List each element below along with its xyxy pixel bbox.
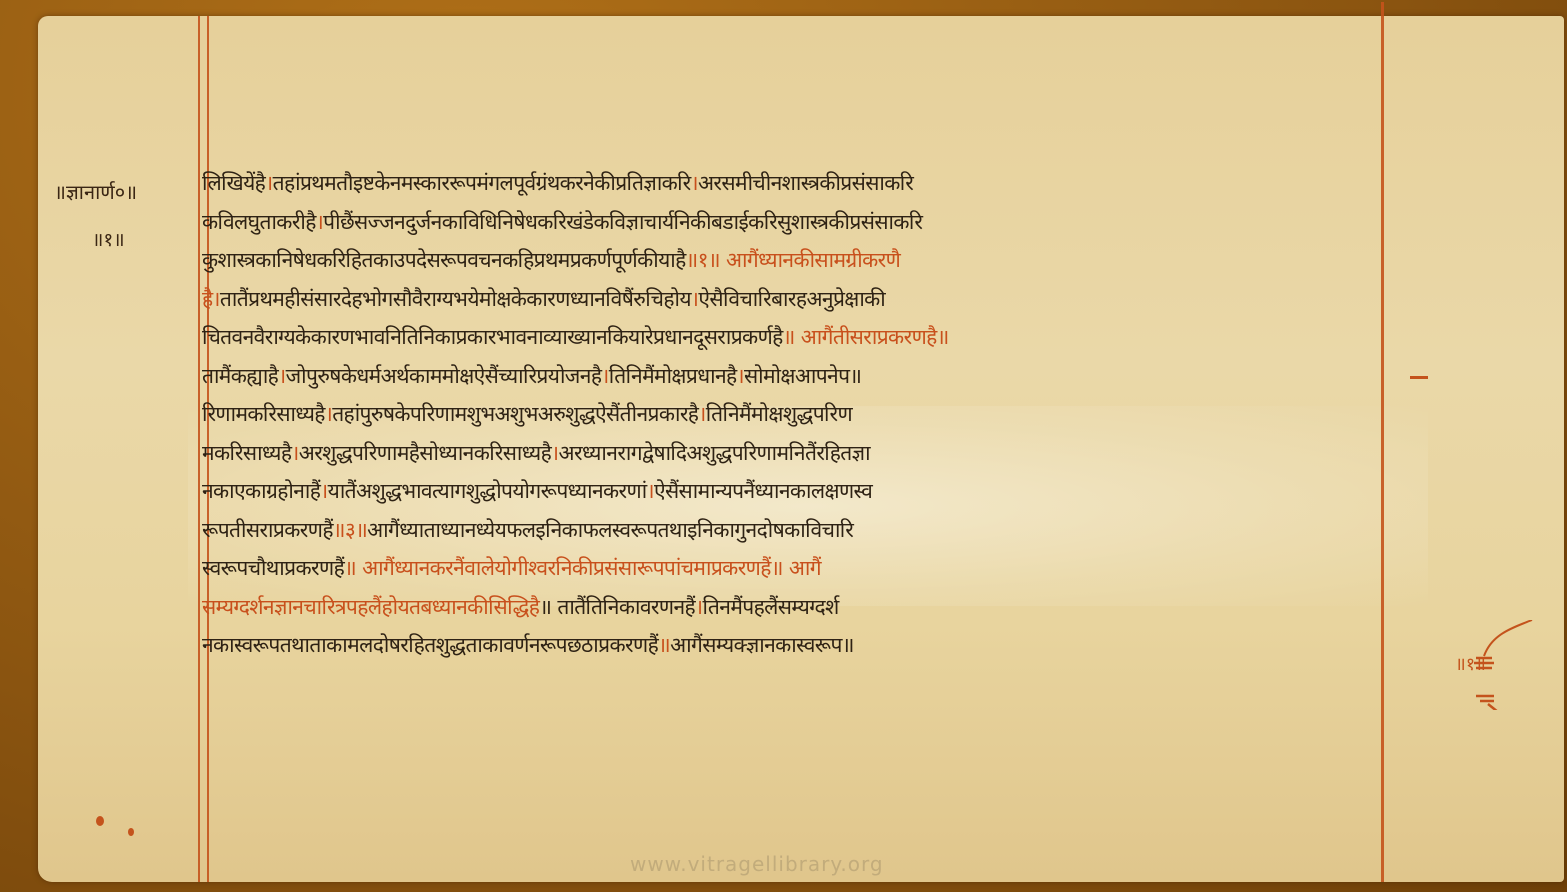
rubric-text: ।	[737, 364, 744, 388]
body-text: स्वरूपचौथाप्रकरणहैं	[202, 556, 344, 580]
manuscript-line: रिणामकरिसाध्यहै।तहांपुरुषकेपरिणामशुभअशुभ…	[202, 395, 1388, 434]
body-text: अरशुद्धपरिणामहैसोध्यानकरिसाध्यहै	[299, 441, 551, 465]
body-text: नकाएकाग्रहोनाहैं	[202, 479, 320, 503]
body-text: नकास्वरूपतथाताकामलदोषरहितशुद्धताकावर्णनर…	[202, 633, 658, 657]
rubric-text: सम्यग्दर्शनज्ञानचारित्रपहलैंहोयतबध्यानकी…	[202, 595, 539, 619]
body-text: यातैंअशुद्धभावत्यागशुद्धोपयोगरूपध्यानकरण…	[328, 479, 647, 503]
manuscript-line: है।तातैंप्रथमहीसंसारदेहभोगसौवैराग्यभयेमो…	[202, 280, 1388, 319]
body-text: तातैंप्रथमहीसंसारदेहभोगसौवैराग्यभयेमोक्ष…	[220, 287, 691, 311]
body-text: कविलघुताकरीहै	[202, 210, 316, 234]
body-text: सोमोक्षआपनेप॥	[744, 364, 861, 388]
rubric-text: ।	[647, 479, 654, 503]
body-text: मकरिसाध्यहै	[202, 441, 291, 465]
manuscript-line: नकाएकाग्रहोनाहैं।यातैंअशुद्धभावत्यागशुद्…	[202, 472, 1388, 511]
manuscript-line: सम्यग्दर्शनज्ञानचारित्रपहलैंहोयतबध्यानकी…	[202, 588, 1388, 627]
body-text: लिखियेंहै	[202, 171, 265, 195]
manuscript-line: स्वरूपचौथाप्रकरणहैं॥ आगैंध्यानकरनैंवालेय…	[202, 549, 1388, 588]
manuscript-line: लिखियेंहै।तहांप्रथमतौइष्टकेनमस्काररूपमंग…	[202, 164, 1388, 203]
margin-page-number: ॥१॥	[92, 226, 125, 252]
body-text: आगैंसम्यक्ज्ञानकास्वरूप॥	[670, 633, 854, 657]
text-block: लिखियेंहै।तहांप्रथमतौइष्टकेनमस्काररूपमंग…	[202, 164, 1388, 665]
body-text: पीछैंसज्जनदुर्जनकाविधिनिषेधकरिखंडेकविज्ञ…	[323, 210, 922, 234]
body-text: तिनिमैंमोक्षशुद्धपरिण	[706, 402, 852, 426]
manuscript-line: रूपतीसराप्रकरणहैं॥३॥आगैंध्याताध्यानध्येय…	[202, 511, 1388, 550]
rubric-text: ।	[320, 479, 327, 503]
body-text: चितवनवैराग्यकेकारणभावनितिनिकाप्रकारभावना…	[202, 325, 783, 349]
left-rule-outer	[198, 16, 200, 882]
margin-title-text: ॥ज्ञानार्ण०॥	[54, 180, 137, 204]
rubric-text: ।	[265, 171, 272, 195]
rubric-text: ।	[691, 171, 698, 195]
manuscript-line: कविलघुताकरीहै।पीछैंसज्जनदुर्जनकाविधिनिषे…	[202, 203, 1388, 242]
rubric-text: ॥ आगैंतीसराप्रकरणहै॥	[783, 325, 949, 349]
body-text: अरसमीचीनशास्त्रकीप्रसंसाकरि	[698, 171, 913, 195]
body-text: रिणामकरिसाध्यहै	[202, 402, 325, 426]
rubric-text: है।	[202, 287, 220, 311]
body-text: जोपुरुषकेधर्मअर्थकाममोक्षऐसैंच्यारिप्रयो…	[286, 364, 602, 388]
body-text: तहांप्रथमतौइष्टकेनमस्काररूपमंगलपूर्वग्रं…	[273, 171, 691, 195]
rubric-text: ।	[698, 402, 705, 426]
manuscript-line: नकास्वरूपतथाताकामलदोषरहितशुद्धताकावर्णनर…	[202, 626, 1388, 665]
rubric-text: ।	[278, 364, 285, 388]
right-margin-page-number: ॥१॥	[1455, 652, 1486, 676]
ink-spot	[128, 828, 134, 836]
rubric-text: ॥	[658, 633, 670, 657]
body-text: रूपतीसराप्रकरणहैं	[202, 518, 333, 542]
body-text: ॥ तातैंतिनिकावरणनहैं	[539, 595, 695, 619]
body-text: अरध्यानरागद्वेषादिअशुद्धपरिणामनितैंरहितज…	[559, 441, 870, 465]
rubric-text: ।	[601, 364, 608, 388]
margin-page-number-text: ॥१॥	[92, 229, 125, 251]
body-text: कुशास्त्रकानिषेधकरिहितकाउपदेसरूपवचनकहिप्…	[202, 248, 686, 272]
manuscript-line: कुशास्त्रकानिषेधकरिहितकाउपदेसरूपवचनकहिप्…	[202, 241, 1388, 280]
rubric-text: ॥३॥	[333, 518, 367, 542]
body-text: तिनमैंपहलैंसम्यग्दर्श	[702, 595, 838, 619]
body-text: तहांपुरुषकेपरिणामशुभअशुभअरुशुद्धऐसैंतीनप…	[332, 402, 698, 426]
body-text: आगैंध्याताध्यानध्येयफलइनिकाफलस्वरूपतथाइन…	[367, 518, 853, 542]
rubric-text: ॥ आगैंध्यानकरनैंवालेयोगीश्वरनिकीप्रसंसार…	[344, 556, 821, 580]
rubric-text: ।	[551, 441, 558, 465]
manuscript-line: मकरिसाध्यहै।अरशुद्धपरिणामहैसोध्यानकरिसाध…	[202, 434, 1388, 473]
margin-title-label: ॥ज्ञानार्ण०॥	[54, 178, 137, 205]
ink-spot	[96, 816, 104, 826]
rubric-text: ।	[291, 441, 298, 465]
body-text: तिनिमैंमोक्षप्रधानहै	[609, 364, 737, 388]
body-text: ऐसैविचारिबारहअनुप्रेक्षाकी	[698, 287, 885, 311]
insertion-mark-icon	[1410, 376, 1428, 379]
watermark: www.vitragellibrary.org	[630, 852, 884, 876]
body-text: तामैंकह्याहै	[202, 364, 278, 388]
rubric-text: ॥१॥ आगैंध्यानकीसामग्रीकरणै	[686, 248, 901, 272]
manuscript-line: तामैंकह्याहै।जोपुरुषकेधर्मअर्थकाममोक्षऐस…	[202, 357, 1388, 396]
manuscript-line: चितवनवैराग्यकेकारणभावनितिनिकाप्रकारभावना…	[202, 318, 1388, 357]
body-text: ऐसैंसामान्यपनैंध्यानकालक्षणस्व	[654, 479, 872, 503]
